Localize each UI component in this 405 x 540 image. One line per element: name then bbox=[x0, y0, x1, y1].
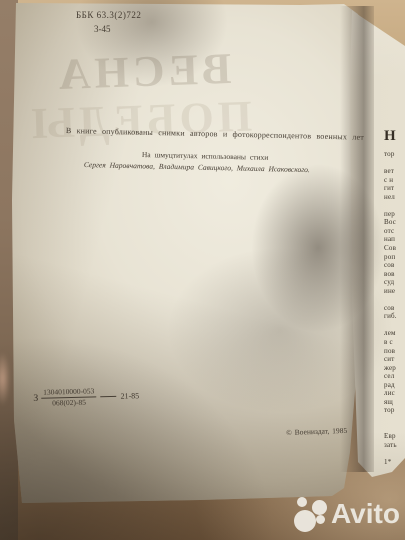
text-fragment: гит bbox=[384, 184, 405, 193]
text-fragment: Евр bbox=[384, 432, 405, 441]
catalog-code-prefix: З bbox=[33, 392, 38, 403]
catalog-code-denominator: 068(02)-85 bbox=[52, 398, 86, 408]
text-fragment bbox=[384, 415, 405, 424]
avito-logo-circle-medium bbox=[312, 500, 327, 515]
showthrough-title-line2: ПОБЕДЫ bbox=[51, 91, 253, 149]
text-fragment: сит bbox=[384, 355, 405, 364]
text-fragment bbox=[384, 321, 405, 330]
text-fragment bbox=[384, 201, 405, 210]
text-fragment: отс bbox=[384, 227, 405, 236]
text-fragment: зать bbox=[384, 441, 405, 450]
avito-watermark: Avito bbox=[281, 494, 405, 540]
text-fragment: пер bbox=[384, 210, 405, 219]
avito-logo-circle-small-top bbox=[297, 497, 307, 507]
text-fragment: лем bbox=[384, 329, 405, 338]
catalog-code: З 1304010000-053 068(02)-85 21-85 bbox=[33, 385, 139, 408]
catalog-code-fraction: 1304010000-053 068(02)-85 bbox=[41, 386, 97, 407]
text-fragment: Сов bbox=[384, 244, 405, 253]
catalog-code-numerator: 1304010000-053 bbox=[41, 386, 97, 398]
text-fragment: Вос bbox=[384, 218, 405, 227]
text-fragment: 1* bbox=[384, 458, 405, 467]
text-fragment: рад bbox=[384, 381, 405, 390]
text-fragment: ящ bbox=[384, 398, 405, 407]
text-fragment bbox=[384, 424, 405, 433]
text-fragment: нел bbox=[384, 193, 405, 202]
text-fragment: сел bbox=[384, 372, 405, 381]
catalog-code-dash bbox=[100, 395, 116, 396]
right-page-text-column: торветс нгитнелперВосотснапСовропсоввовс… bbox=[384, 150, 405, 466]
text-fragment bbox=[384, 159, 405, 168]
text-fragment: тор bbox=[384, 150, 405, 159]
text-fragment: вов bbox=[384, 270, 405, 279]
catalog-code-suffix: 21-85 bbox=[120, 391, 139, 400]
text-fragment bbox=[384, 295, 405, 304]
text-fragment: сов bbox=[384, 304, 405, 313]
book-photo: ББК 63.3(2)722 3-45 ВЕСНА ПОБЕДЫ В книге… bbox=[0, 0, 405, 540]
text-fragment: суд bbox=[384, 278, 405, 287]
text-fragment: пов bbox=[384, 347, 405, 356]
avito-logo-circle-large bbox=[294, 510, 316, 532]
text-fragment: с н bbox=[384, 176, 405, 185]
text-fragment: в с bbox=[384, 338, 405, 347]
book-gutter-shadow bbox=[340, 6, 374, 472]
text-fragment: роп bbox=[384, 253, 405, 262]
text-fragment: ине bbox=[384, 287, 405, 296]
text-fragment bbox=[384, 449, 405, 458]
text-fragment: вет bbox=[384, 167, 405, 176]
text-fragment: сов bbox=[384, 261, 405, 270]
text-fragment: гиб. bbox=[384, 312, 405, 321]
avito-logo-circle-small-bottom bbox=[316, 515, 325, 524]
bbk-code-line1: ББК 63.3(2)722 bbox=[76, 10, 141, 20]
text-fragment: тор bbox=[384, 406, 405, 415]
text-fragment: жер bbox=[384, 364, 405, 373]
right-page-heading-initial: Н bbox=[384, 128, 396, 145]
text-fragment: лис bbox=[384, 389, 405, 398]
text-fragment: нап bbox=[384, 235, 405, 244]
avito-wordmark: Avito bbox=[331, 498, 400, 530]
bbk-code-line2: 3-45 bbox=[94, 24, 111, 34]
